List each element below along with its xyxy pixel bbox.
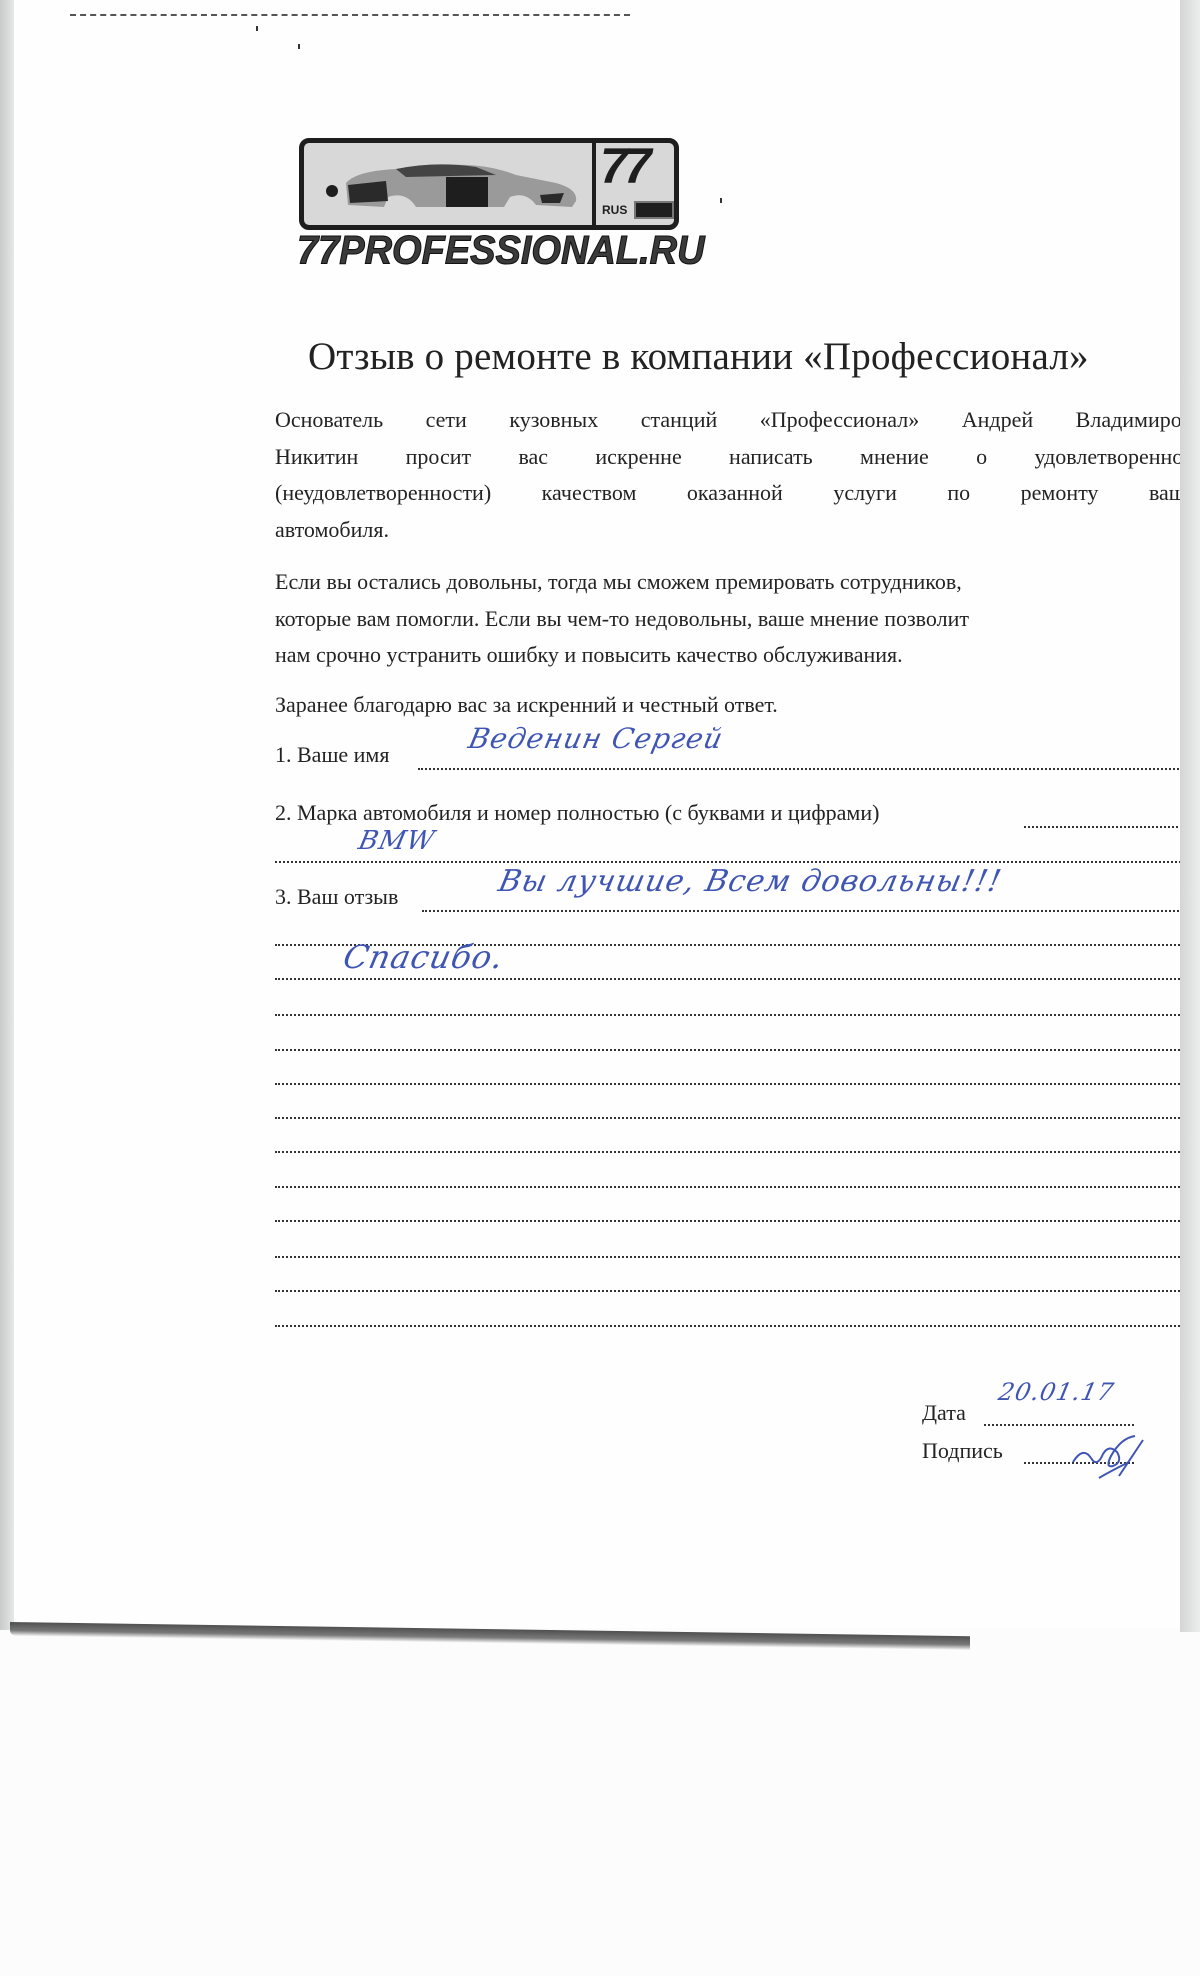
- question-1-answer-line[interactable]: [418, 768, 1180, 770]
- flag-icon: [634, 201, 674, 219]
- date-label: Дата: [922, 1400, 966, 1426]
- question-2-answer-line[interactable]: [1024, 826, 1180, 828]
- date-field[interactable]: [984, 1424, 1134, 1426]
- question-2-label: 2. Марка автомобиля и номер полностью (с…: [275, 800, 879, 826]
- paragraph-line: Никитинпроситвасискренненаписатьмнениеоу…: [275, 439, 1180, 476]
- answer-line[interactable]: [275, 1220, 1180, 1222]
- answer-line[interactable]: [275, 978, 1180, 980]
- question-3-answer-line-2-text: Спасибо.: [340, 938, 508, 976]
- handwritten-signature-icon: [1069, 1432, 1149, 1482]
- intro-paragraph-1: Основательсетикузовныхстанций«Профессион…: [275, 402, 1180, 548]
- answer-line[interactable]: [275, 1049, 1180, 1051]
- scan-edge-left: [0, 0, 14, 1630]
- question-1-label: 1. Ваше имя: [275, 742, 389, 768]
- paragraph-line: Если вы остались довольны, тогда мы смож…: [275, 564, 1180, 601]
- logo-site-name: 77PROFESSIONAL.RU: [297, 229, 687, 274]
- answer-line[interactable]: [275, 1083, 1180, 1085]
- car-silhouette-icon: [326, 161, 586, 215]
- scan-speck: [256, 26, 258, 31]
- question-3-label: 3. Ваш отзыв: [275, 884, 398, 910]
- paragraph-line: автомобиля.: [275, 512, 1180, 549]
- answer-line[interactable]: [275, 1290, 1180, 1292]
- paragraph-line: которые вам помогли. Если вы чем-то недо…: [275, 601, 1180, 638]
- answer-line[interactable]: [275, 1325, 1180, 1327]
- answer-line[interactable]: [275, 1256, 1180, 1258]
- paragraph-line: Основательсетикузовныхстанций«Профессион…: [275, 402, 1180, 439]
- answer-line[interactable]: [275, 1014, 1180, 1016]
- scan-edge-right: [1180, 0, 1200, 1632]
- company-logo: 77 RUS 77PROFESSIONAL.RU: [297, 136, 687, 276]
- logo-divider: [592, 143, 596, 225]
- scan-speck: [720, 198, 722, 203]
- question-1-answer: Веденин Сергей: [465, 722, 726, 755]
- signature-label: Подпись: [922, 1438, 1003, 1464]
- scan-speck: [298, 44, 300, 49]
- question-2-answer: BMW: [356, 826, 438, 856]
- answer-line[interactable]: [275, 1117, 1180, 1119]
- thanks-line: Заранее благодарю вас за искренний и чес…: [275, 692, 778, 718]
- date-value: 20.01.17: [996, 1378, 1117, 1406]
- question-2-answer-line-2[interactable]: [275, 861, 1180, 863]
- question-3-answer-line-1-text: Вы лучшие, Всем довольны!!!: [495, 864, 1005, 899]
- document-page: 77 RUS 77PROFESSIONAL.RU Отзыв о ремонте…: [14, 0, 1180, 1628]
- answer-line[interactable]: [275, 1151, 1180, 1153]
- paragraph-line: нам срочно устранить ошибку и повысить к…: [275, 637, 1180, 674]
- intro-paragraph-2: Если вы остались довольны, тогда мы смож…: [275, 564, 1180, 674]
- document-title: Отзыв о ремонте в компании «Профессионал…: [308, 334, 1089, 379]
- top-dashed-line: [70, 14, 630, 16]
- paragraph-line: (неудовлетворенности)качествомоказаннойу…: [275, 475, 1180, 512]
- answer-line[interactable]: [275, 1186, 1180, 1188]
- plate-country-code: RUS: [602, 203, 627, 217]
- license-plate-logo: 77 RUS: [299, 138, 679, 230]
- plate-region-number: 77: [600, 138, 674, 195]
- question-3-answer-line-1[interactable]: [422, 910, 1180, 912]
